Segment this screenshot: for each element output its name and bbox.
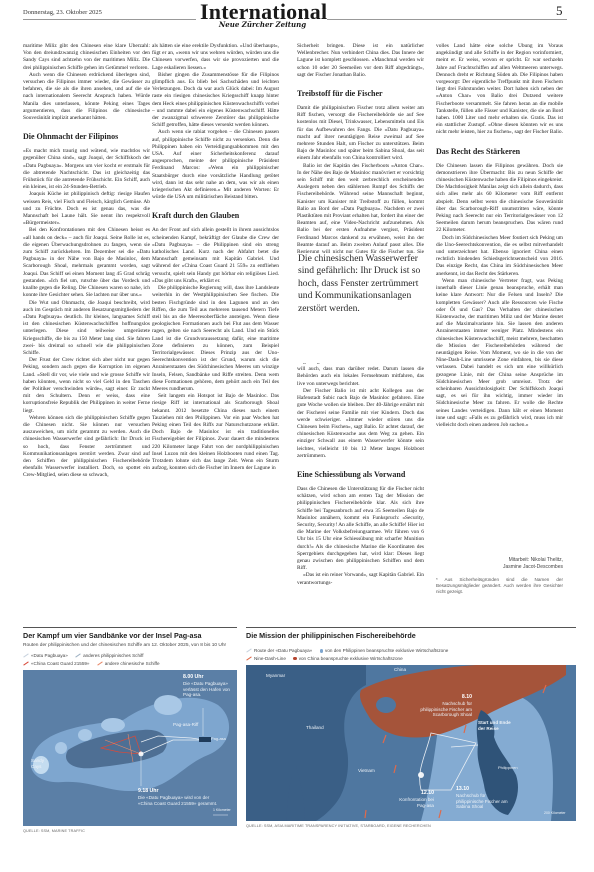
masthead-rule-left xyxy=(23,19,196,20)
article-column-3: Sicherheit bringen. Diese ist ein natürl… xyxy=(297,43,424,253)
label-reef: Pag-asa-Riff xyxy=(173,722,198,728)
annotation-scarborough: 8.10Nachschub für philippinische Fischer… xyxy=(416,694,472,718)
contributor-credit-1: Mitarbeit: Nikolai Thelitz, xyxy=(436,557,563,564)
legend-item: Route der «Datu Pagbuaya» xyxy=(246,647,312,655)
graphic-rule xyxy=(246,627,576,628)
subheading: Die Ohnmacht der Filipinos xyxy=(23,132,150,142)
annotation-ramming: 9.18 UhrDie «Datu Pagbuaya» wird von der… xyxy=(138,788,223,806)
article-column-1: maritime Miliz gibt den Chinesen eine kl… xyxy=(23,43,150,613)
pull-quote: Die chinesischen Wasserwerfer sind gefäh… xyxy=(298,253,428,315)
label-sandy-cays: Sandy Cays xyxy=(31,758,51,770)
article-endmatter: Mitarbeit: Nikolai Thelitz, Jasmine Jaco… xyxy=(436,557,563,617)
paragraph: Damit die philippinischen Fischer trotz … xyxy=(297,105,424,163)
paragraph: Balio ist der Kapitän des Fischerboots «… xyxy=(297,163,424,253)
graphic-legend: Route der «Datu Pagbuaya» von den Philip… xyxy=(246,647,576,662)
paragraph: maritime Miliz gibt den Chinesen eine kl… xyxy=(23,43,150,72)
paragraph: Die philippinische Regierung will, dass … xyxy=(152,285,279,393)
paragraph: als hätten sie eine erektile Dysfunktion… xyxy=(152,43,279,72)
paragraph: Dass die Chinesen die Unterstützung für … xyxy=(297,486,424,572)
graphic-mission: Die Mission der philippinischen Fischere… xyxy=(246,627,576,828)
map-south-china-sea: Myanmar China Thailand Vietnam Philippin… xyxy=(246,665,576,821)
article-column-2-continued: als hätten sie eine erektile Dysfunktion… xyxy=(152,253,279,625)
paragraph: Auch wenn sie rabiat vorgehen – die Chin… xyxy=(152,129,279,201)
legend-item: Nine-Dash-Line xyxy=(246,655,286,663)
column-flow: als hätten sie eine erektile Dysfunktion… xyxy=(152,43,279,253)
newspaper-name: Neue Zürcher Zeitung xyxy=(200,20,325,29)
paragraph: Joaquis Küche ist philippinisch deftig: … xyxy=(23,191,150,227)
graphic-title: Der Kampf um vier Sandbänke vor der Inse… xyxy=(23,631,237,640)
label-thailand: Thailand xyxy=(306,725,324,731)
article-column-2: als hätten sie eine erektile Dysfunktion… xyxy=(152,43,279,253)
map-pagasa: 8.00 UhrDie «Datu Pagbuaya» verlässt den… xyxy=(23,670,237,826)
subheading: Das Recht des Stärkeren xyxy=(436,147,563,157)
label-china: China xyxy=(394,667,406,673)
paragraph: Balio ist der Kapitän des Fischerboots «… xyxy=(297,363,424,388)
paragraph: Sicherheit bringen. Diese ist ein natürl… xyxy=(297,43,424,79)
column-flow: Sicherheit bringen. Diese ist ein natürl… xyxy=(297,363,424,587)
article-column-4: volles Land hätte eine solche Übung im V… xyxy=(436,43,563,603)
label-island: Pag-asa xyxy=(211,736,226,742)
paragraph: Doch im Südchinesischen Meer foutiert si… xyxy=(436,235,563,278)
issue-date: Donnerstag, 23. Oktober 2025 xyxy=(23,9,102,16)
paragraph: «Es macht mich traurig und wütend, wie m… xyxy=(23,148,150,191)
annotation-sabina: 13.10Nachschub für philippinische Fische… xyxy=(456,786,508,810)
graphic-title: Die Mission der philippinischen Fischere… xyxy=(246,631,576,640)
paragraph: Der Fischer Balio ist mit acht Kollegen … xyxy=(297,388,424,460)
subheading: Eine Schiessübung als Vorwand xyxy=(297,470,424,480)
annotation-pagasa: 12.10Konfrontation bei Pag-asa xyxy=(392,790,434,808)
footnote: * Aus Sicherheitsgründen sind die Namen … xyxy=(436,577,563,595)
legend-item: anderes philippinisches Schiff xyxy=(75,652,143,660)
masthead-rule-right xyxy=(327,19,567,20)
paragraph: Bei den Konfrontationen mit den Chinesen… xyxy=(23,227,150,299)
paragraph: Wehren können sich die philippinischen S… xyxy=(23,415,150,480)
paragraph: An der Front auf sich allein gestellt in… xyxy=(152,253,279,285)
paragraph: Wenn man chinesische Vertreter fragt, wa… xyxy=(436,278,563,429)
paragraph: Bisher gingen die Zusammenstösse für die… xyxy=(152,72,279,130)
scale-bar-label: 200 Kilometer xyxy=(544,811,566,817)
legend-item: von China beanspruchte exklusive Wirtsch… xyxy=(293,655,402,663)
graphic-sandbanks: Der Kampf um vier Sandbänke vor der Inse… xyxy=(23,627,237,833)
annotation-start-end: Start und Ende der Reise xyxy=(478,720,518,732)
paragraph: Der Frust der Crew richtet sich aber nic… xyxy=(23,357,150,415)
legend-item: «China Coast Guard 21559» xyxy=(23,660,89,668)
label-vietnam: Vietnam xyxy=(358,768,375,774)
scale-bar-label: 1 Kilometer xyxy=(213,808,231,814)
column-flow: volles Land hätte eine solche Übung im V… xyxy=(436,43,563,429)
subheading: Kraft durch den Glauben xyxy=(152,211,279,221)
paragraph: Die Wut und Ohnmacht, die Joaqui beschre… xyxy=(23,300,150,358)
legend-item: «Datu Pagbuaya» xyxy=(23,652,68,660)
column-flow: Sicherheit bringen. Diese ist ein natürl… xyxy=(297,43,424,253)
annotation-departure: 8.00 UhrDie «Datu Pagbuaya» verlässt den… xyxy=(183,674,235,698)
article-column-3-continued: Sicherheit bringen. Diese ist ein natürl… xyxy=(297,363,424,625)
paragraph: Auch wenn die Chinesen erdrückend überle… xyxy=(23,72,150,122)
paragraph: «Das ist ein reiner Vorwand», sagt Kapit… xyxy=(297,572,424,586)
paragraph: Die Chinesen lassen die Filipinos gewähr… xyxy=(436,163,563,235)
page-number: 5 xyxy=(556,3,563,19)
paragraph: volles Land hätte eine solche Übung im V… xyxy=(436,43,563,137)
graphic-source: QUELLE: SSM, ASIA MARITIME TRANSPARENCY … xyxy=(246,824,576,828)
graphic-rule xyxy=(23,627,237,628)
paragraph: An der Front auf sich allein gestellt in… xyxy=(152,227,279,253)
graphic-legend: «Datu Pagbuaya» anderes philippinisches … xyxy=(23,652,237,667)
column-flow: als hätten sie eine erektile Dysfunktion… xyxy=(152,253,279,472)
column-flow: maritime Miliz gibt den Chinesen eine kl… xyxy=(23,43,150,480)
paragraph: Seit langem ein Hotspot ist Bajo de Masi… xyxy=(152,393,279,472)
graphic-source: QUELLE: SSM, MARINE TRAFFIC xyxy=(23,829,237,833)
label-philippines: Philippinen xyxy=(498,765,518,771)
label-myanmar: Myanmar xyxy=(266,673,285,679)
contributor-credit-2: Jasmine Jacot-Descombes xyxy=(436,564,563,571)
subheading: Treibstoff für die Fischer xyxy=(297,89,424,99)
legend-item: andere chinesische Schiffe xyxy=(97,660,160,668)
legend-item: von den Philippinen beanspruchte exklusi… xyxy=(320,647,449,655)
graphic-subtitle: Routen der philippinischen und der chine… xyxy=(23,643,237,648)
